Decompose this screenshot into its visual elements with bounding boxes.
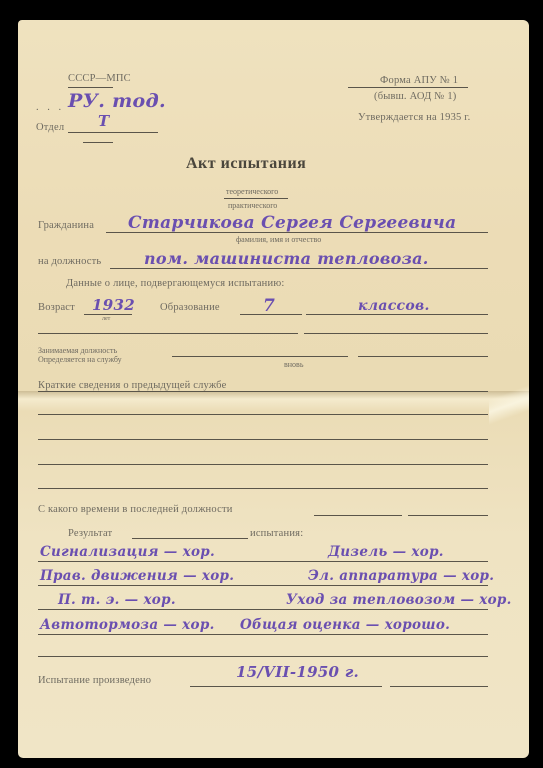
- previous-service-line-3: [38, 439, 488, 440]
- test-date-value: 15/VII-1950 г.: [236, 663, 359, 681]
- assigned-label: Определяется на службу: [38, 355, 122, 364]
- dept-line: [68, 132, 158, 133]
- citizen-label: Гражданина: [38, 220, 94, 231]
- dept-dots: . . .: [36, 102, 64, 113]
- position-line: [110, 268, 488, 269]
- result-line-4-left: Автотормоза — хор.: [40, 617, 215, 633]
- agency-label: СССР—МПС: [68, 73, 131, 84]
- blank-line-1b: [304, 333, 488, 334]
- education-label: Образование: [160, 302, 220, 313]
- result-line-2-left: Прав. движения — хор.: [40, 568, 234, 584]
- dept-short-line: [83, 142, 113, 143]
- form-former: (бывш. АОД № 1): [374, 91, 456, 102]
- dept-label: Отдел: [36, 122, 64, 133]
- handwritten-mark: Т: [98, 112, 109, 130]
- since-when-label: С какого времени в последней должности: [38, 504, 233, 515]
- handwritten-dept: РУ. тод.: [68, 90, 166, 112]
- result-line-2-right: Эл. аппаратура — хор.: [308, 568, 494, 584]
- paper-fold: [18, 391, 529, 411]
- citizen-line: [106, 232, 488, 233]
- age-value: 1932: [92, 296, 135, 314]
- current-position-line-a: [172, 356, 348, 357]
- age-label: Возраст: [38, 302, 75, 313]
- previous-service-label: Краткие сведения о предыдущей службе: [38, 380, 226, 391]
- citizen-name: Старчикова Сергея Сергеевича: [128, 213, 456, 233]
- since-when-line-b: [408, 515, 488, 516]
- current-position-line-b: [358, 356, 488, 357]
- position-label: на должность: [38, 256, 101, 267]
- age-line: [84, 314, 132, 315]
- previous-service-line-5: [38, 488, 488, 489]
- blank-line-1a: [38, 333, 298, 334]
- result-line: [132, 538, 248, 539]
- agency-underline: [68, 87, 113, 88]
- result-row-line-4: [38, 634, 488, 635]
- citizen-caption: фамилия, имя и отчество: [236, 235, 321, 244]
- position-value: пом. машиниста тепловоза.: [144, 249, 429, 268]
- since-when-line-a: [314, 515, 402, 516]
- education-text: классов.: [358, 298, 430, 314]
- result-line-4-right: Общая оценка — хорошо.: [240, 617, 450, 633]
- form-underline: [348, 87, 468, 88]
- document-title: Акт испытания: [186, 155, 306, 173]
- result-line-3-left: П. т. э. — хор.: [58, 592, 176, 608]
- scan-background: СССР—МПС . . . РУ. тод. Т Отдел Форма АП…: [0, 0, 543, 768]
- test-date-line-a: [190, 686, 382, 687]
- result-line-1-right: Дизель — хор.: [328, 544, 444, 560]
- test-date-label: Испытание произведено: [38, 675, 151, 686]
- test-date-line-b: [390, 686, 488, 687]
- form-number: Форма АПУ № 1: [380, 75, 458, 86]
- approved-year: Утверждается на 1935 г.: [358, 112, 470, 123]
- result-label-right: испытания:: [250, 528, 303, 539]
- document-paper: СССР—МПС . . . РУ. тод. Т Отдел Форма АП…: [18, 20, 529, 758]
- age-unit: лет: [102, 316, 110, 322]
- result-row-line-3: [38, 609, 488, 610]
- assigned-caption: вновь: [284, 360, 303, 369]
- previous-service-line-4: [38, 464, 488, 465]
- paper-tear: [489, 380, 529, 430]
- result-row-line-2: [38, 585, 488, 586]
- person-data-heading: Данные о лице, подвергающемуся испытанию…: [66, 278, 284, 289]
- test-type-upper: теоретического: [226, 187, 278, 196]
- test-type-divider: [224, 198, 288, 199]
- current-position-label: Занимаемая должность: [38, 346, 117, 355]
- previous-service-line-2: [38, 414, 488, 415]
- education-line-b: [306, 314, 488, 315]
- result-row-line-5: [38, 656, 488, 657]
- result-label: Результат: [68, 528, 112, 539]
- test-type-lower: практического: [228, 201, 277, 210]
- result-line-3-right: Уход за тепловозом — хор.: [286, 592, 512, 608]
- education-grade: 7: [263, 296, 275, 316]
- education-line-a: [240, 314, 302, 315]
- previous-service-line: [38, 391, 488, 392]
- result-row-line-1: [38, 561, 488, 562]
- result-line-1-left: Сигнализация — хор.: [40, 544, 215, 560]
